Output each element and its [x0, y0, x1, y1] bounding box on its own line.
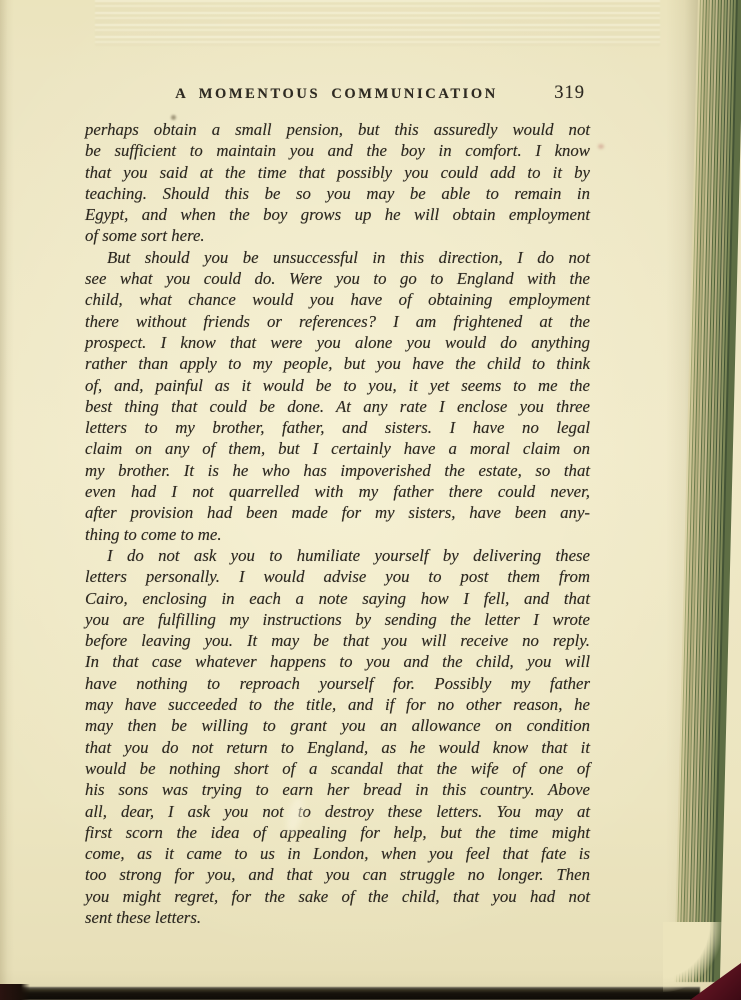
text-line: that you do not return to England, as he… [85, 737, 590, 758]
text-block: perhaps obtain a small pension, but this… [85, 119, 590, 928]
text-line: claim on any of them, but I certainly ha… [85, 438, 590, 459]
gutter-shadow [0, 0, 14, 1000]
text-line: his sons was trying to earn her bread in… [85, 779, 590, 800]
text-line: Cairo, enclosing in each a note saying h… [85, 588, 590, 609]
text-line: prospect. I know that were you alone you… [85, 332, 590, 353]
page-header: A MOMENTOUS COMMUNICATION 319 [85, 86, 588, 110]
text-line: perhaps obtain a small pension, but this… [85, 119, 590, 140]
text-line: my brother. It is he who has impoverishe… [85, 460, 590, 481]
book-page-scan: A MOMENTOUS COMMUNICATION 319 perhaps ob… [0, 0, 741, 1000]
text-line: have nothing to reproach yourself for. P… [85, 673, 590, 694]
text-line: best thing that could be done. At any ra… [85, 396, 590, 417]
text-line: after provision had been made for my sis… [85, 502, 590, 523]
text-line: of some sort here. [85, 225, 590, 246]
text-line: before leaving you. It may be that you w… [85, 630, 590, 651]
scan-speck [598, 144, 604, 149]
text-line: rather than apply to my people, but you … [85, 353, 590, 374]
text-line: letters to my brother, father, and siste… [85, 417, 590, 438]
text-line: there without friends or references? I a… [85, 311, 590, 332]
text-line: Egypt, and when the boy grows up he will… [85, 204, 590, 225]
top-page-edges [95, 0, 660, 46]
bottom-shadow [16, 987, 700, 1000]
text-line: all, dear, I ask you not to destroy thes… [85, 801, 590, 822]
text-line: you are fulfilling my instructions by se… [85, 609, 590, 630]
page-number: 319 [554, 83, 585, 104]
text-line: teaching. Should this be so you may be a… [85, 183, 590, 204]
text-line: sent these letters. [85, 907, 590, 928]
text-line: come, as it came to us in London, when y… [85, 843, 590, 864]
text-line: would be nothing short of a scandal that… [85, 758, 590, 779]
scan-speck [171, 115, 176, 120]
text-line: too strong for you, and that you can str… [85, 864, 590, 885]
text-line: see what you could do. Were you to go to… [85, 268, 590, 289]
text-line: first scorn the idea of appealing for he… [85, 822, 590, 843]
text-line: I do not ask you to humiliate yourself b… [85, 545, 590, 566]
text-line: In that case whatever happens to you and… [85, 651, 590, 672]
text-line: may then be willing to grant you an allo… [85, 715, 590, 736]
text-line: be sufficient to maintain you and the bo… [85, 140, 590, 161]
text-line: letters personally. I would advise you t… [85, 566, 590, 587]
text-line: of, and, painful as it would be to you, … [85, 375, 590, 396]
text-line: you might regret, for the sake of the ch… [85, 886, 590, 907]
running-head: A MOMENTOUS COMMUNICATION [85, 86, 588, 103]
text-line: But should you be unsuccessful in this d… [85, 247, 590, 268]
text-line: may have succeeded to the title, and if … [85, 694, 590, 715]
text-line: that you said at the time that possibly … [85, 162, 590, 183]
text-line: thing to come to me. [85, 524, 590, 545]
text-line: even had I not quarrelled with my father… [85, 481, 590, 502]
bottom-left-cover-edge [0, 984, 30, 1000]
text-line: child, what chance would you have of obt… [85, 289, 590, 310]
